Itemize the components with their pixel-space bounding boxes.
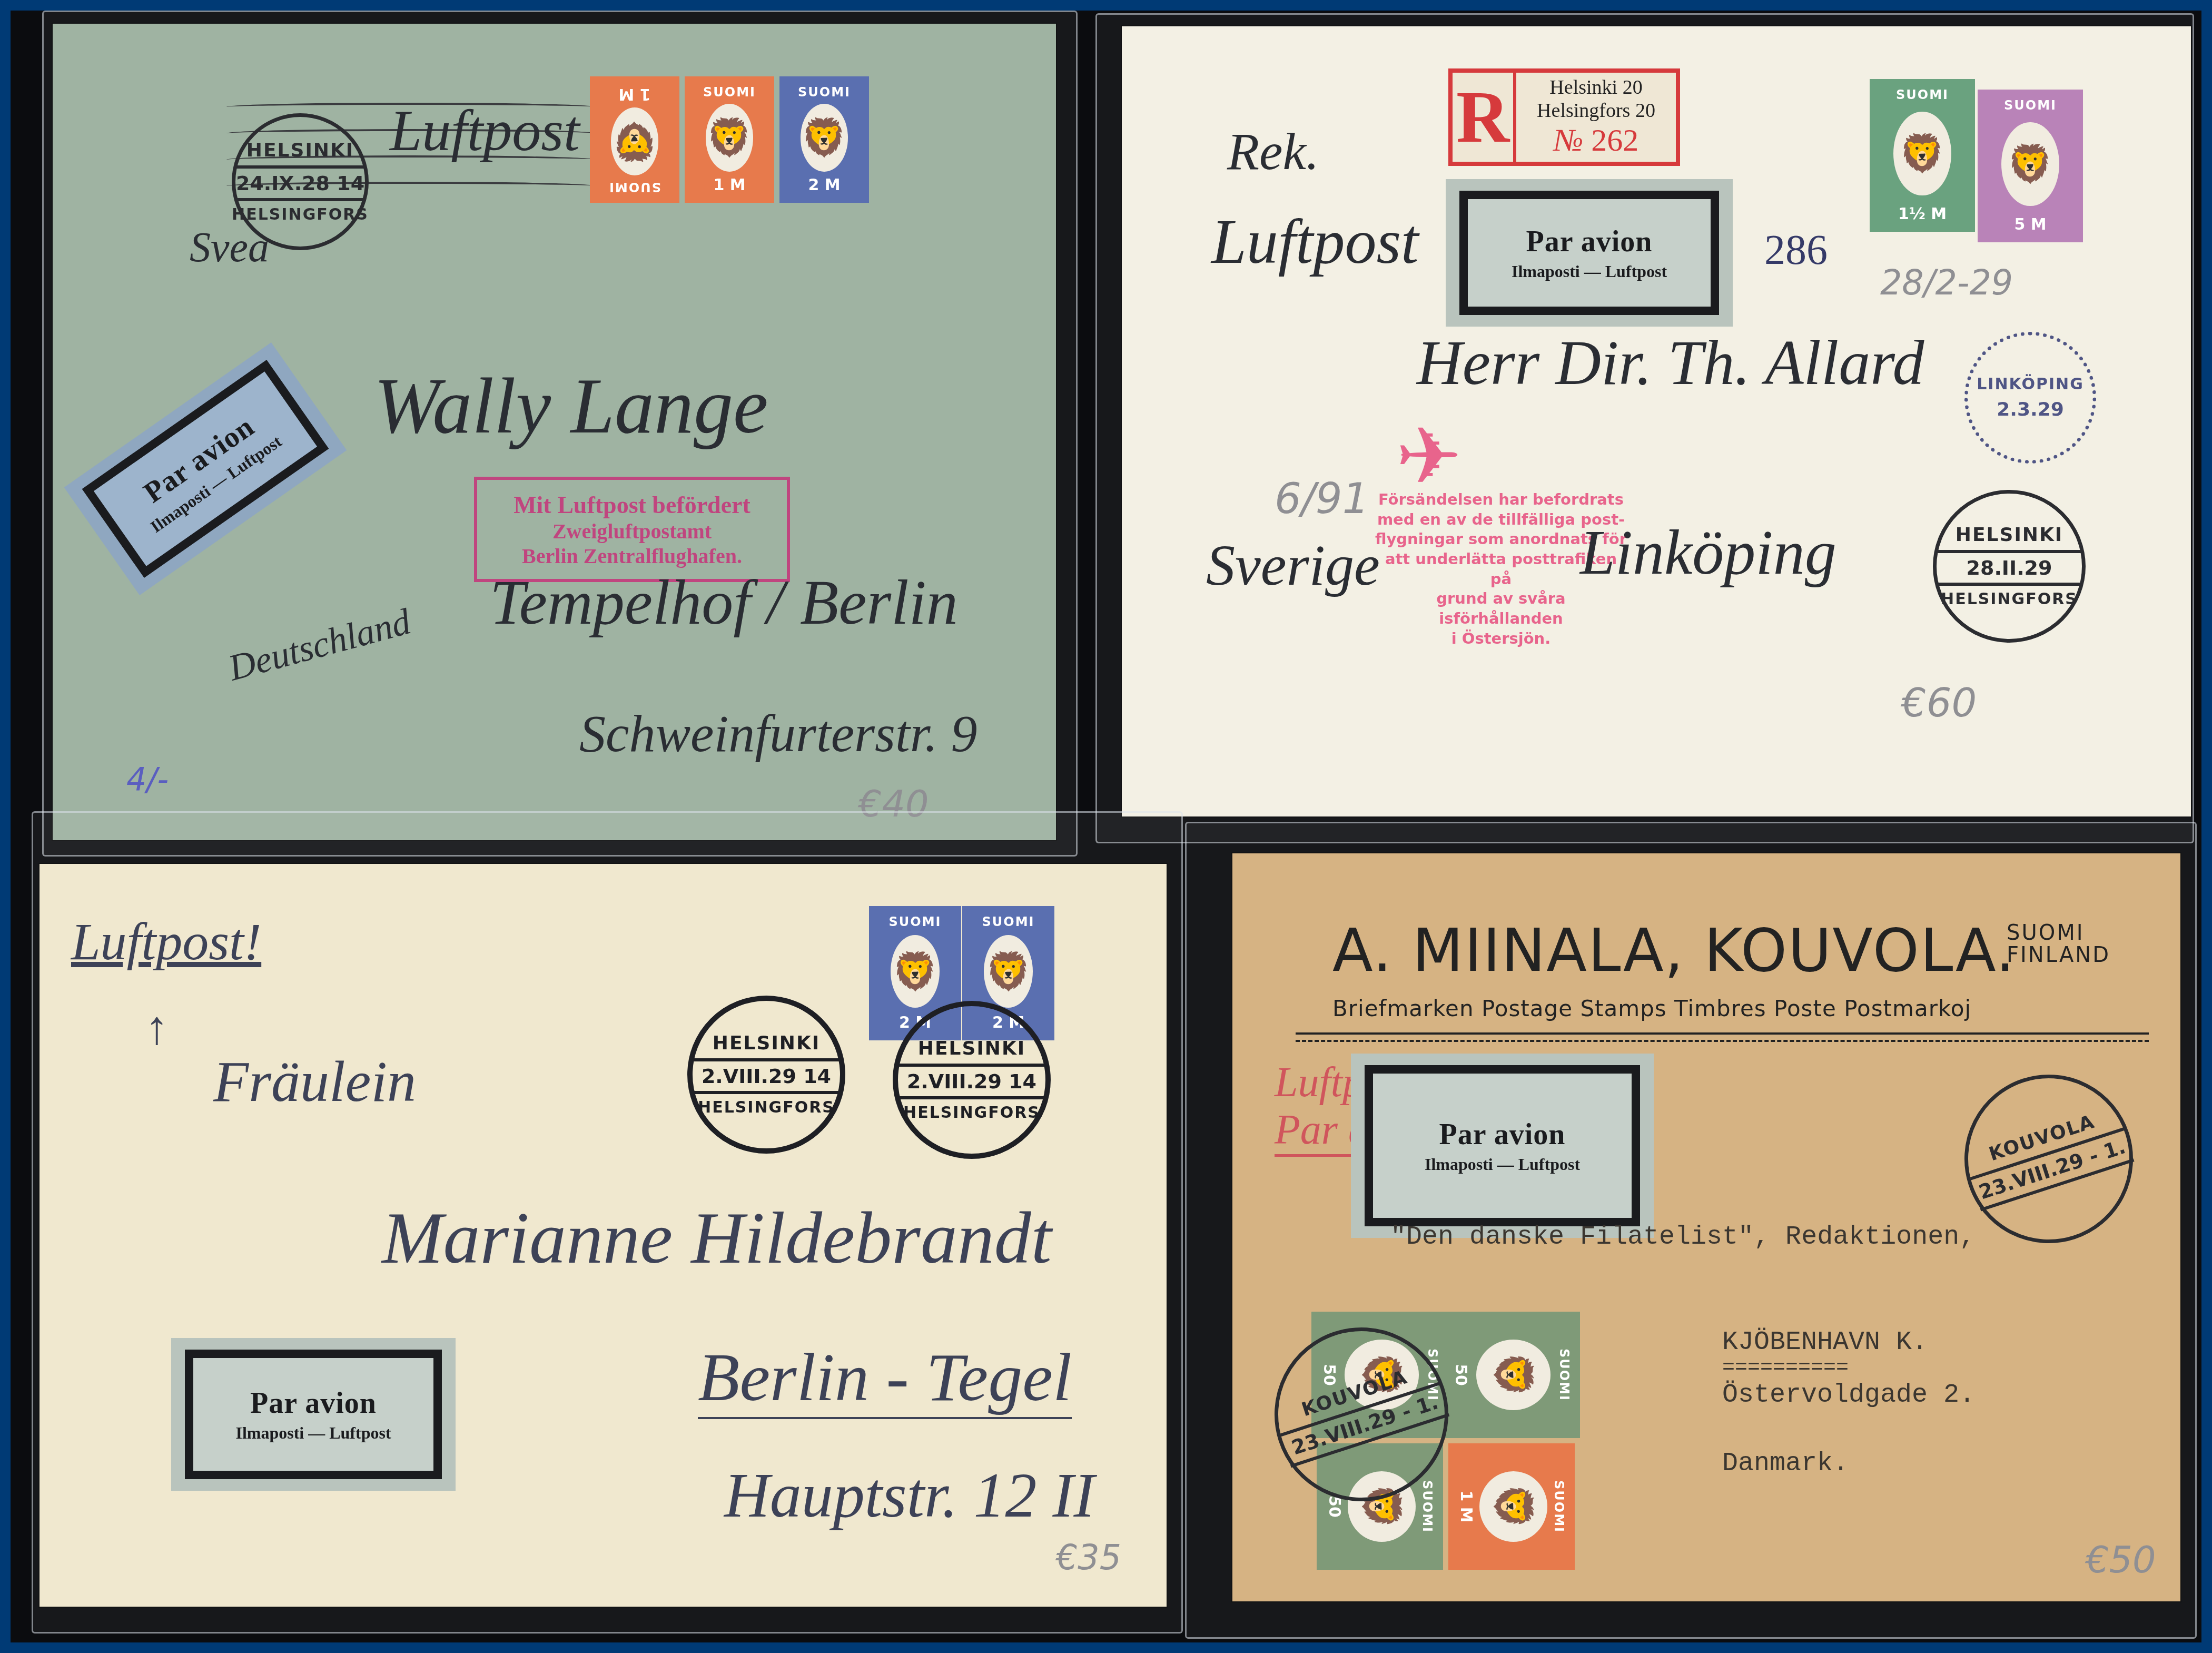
stamp-50p-green: SUOMI 🦁 50	[1443, 1312, 1580, 1438]
typed-addressee: "Den danske Filatelist", Redaktionen,	[1390, 1222, 1975, 1252]
stamp-1m-orange: SUOMI 🦁 1 M	[685, 76, 774, 203]
cover-4[interactable]: A. MIINALA, KOUVOLA. SUOMI FINLAND Brief…	[1232, 853, 2180, 1601]
pencil-date: 28/2-29	[1880, 263, 2013, 303]
pencil-mark: 4/-	[126, 761, 169, 798]
address-city: Tempelhof / Berlin	[490, 566, 958, 639]
price-pencil: €35	[1056, 1538, 1121, 1578]
par-avion-label: Par avion Ilmaposti — Luftpost	[1446, 179, 1733, 327]
cover-3[interactable]: Luftpost! ↑ Fräulein HELSINKI 2.VIII.29 …	[39, 864, 1167, 1607]
typed-country: Danmark.	[1722, 1449, 1849, 1479]
lion-crest-icon: 🦁	[611, 107, 659, 175]
typed-underline: ==========	[1722, 1356, 1849, 1380]
lion-crest-icon: 🦁	[2001, 122, 2059, 206]
stockcard: HELSINKI 24.IX.28 14 HELSINGFORS Luftpos…	[11, 11, 2201, 1642]
lion-crest-icon: 🦁	[1479, 1471, 1547, 1542]
address-salutation: Fräulein	[213, 1048, 416, 1115]
cover-1[interactable]: HELSINKI 24.IX.28 14 HELSINGFORS Luftpos…	[53, 24, 1056, 840]
registration-number: 262	[1591, 123, 1638, 158]
stamp-5m-purple: SUOMI 🦁 5 M	[1978, 90, 2083, 242]
typed-city: KJÖBENHAVN K.	[1722, 1327, 1928, 1357]
address-city: Berlin - Tegel	[698, 1338, 1072, 1419]
price-pencil: €60	[1901, 680, 1977, 726]
lion-crest-icon: 🦁	[706, 104, 754, 172]
postmark-linkoping: LINKÖPING 2.3.29	[1964, 332, 2096, 464]
handwritten-rek: Rek.	[1227, 121, 1319, 182]
postmark-helsinki: HELSINKI 2.VIII.29 14 HELSINGFORS	[893, 1001, 1051, 1159]
letterhead-name: A. MIINALA, KOUVOLA.	[1332, 917, 2016, 985]
handwritten-luftpost: Luftpost	[390, 97, 580, 164]
pencil-note: 6/91	[1275, 474, 1369, 523]
handwritten-arrow: ↑	[145, 1001, 169, 1055]
address-country: Sverige	[1206, 532, 1380, 599]
letterhead-tagline: Briefmarken Postage Stamps Timbres Poste…	[1332, 996, 1971, 1021]
handwritten-luftpost: Luftpost	[1211, 205, 1418, 278]
lion-crest-icon: 🦁	[984, 935, 1033, 1008]
address-country: Deutschland	[224, 601, 415, 690]
address-name: Herr Dir. Th. Allard	[1417, 327, 1924, 399]
registration-letter: R	[1453, 73, 1516, 162]
par-avion-label: Par avion Ilmaposti — Luftpost	[64, 342, 347, 595]
stamp-1m-orange: SUOMI 🦁 1 M	[590, 76, 679, 203]
letterhead-country: SUOMI FINLAND	[2007, 922, 2110, 966]
stamp-1m-orange: SUOMI 🦁 1 M	[1448, 1443, 1575, 1570]
par-avion-label: Par avion Ilmaposti — Luftpost	[1351, 1054, 1654, 1238]
address-name: Marianne Hildebrandt	[382, 1196, 1052, 1281]
typed-street: Östervoldgade 2.	[1722, 1380, 1975, 1410]
stamp-1-5m-green: SUOMI 🦁 1½ M	[1870, 79, 1975, 232]
par-avion-label: Par avion Ilmaposti — Luftpost	[171, 1338, 456, 1491]
registration-label: R Helsinki 20 Helsingfors 20 № 262	[1448, 68, 1680, 166]
lion-crest-icon: 🦁	[891, 935, 940, 1008]
lion-crest-icon: 🦁	[1476, 1340, 1551, 1410]
address-city: Linköping	[1580, 516, 1836, 589]
handwritten-luftpost: Luftpost!	[71, 911, 261, 972]
cover-2[interactable]: R Helsinki 20 Helsingfors 20 № 262 Rek. …	[1122, 26, 2191, 816]
address-name: Wally Lange	[374, 361, 768, 451]
lion-crest-icon: 🦁	[1893, 112, 1951, 196]
address-street: Hauptstr. 12 II	[724, 1459, 1094, 1532]
postmark-helsinki: HELSINKI 28.II.29 HELSINGFORS	[1933, 490, 2086, 643]
price-pencil: €50	[2086, 1538, 2156, 1581]
reg-number-stamp: 286	[1764, 227, 1828, 274]
lion-crest-icon: 🦁	[801, 104, 848, 172]
letterhead-rule	[1296, 1032, 2149, 1042]
stamp-2m-blue: SUOMI 🦁 2 M	[779, 76, 869, 203]
postmark-helsinki: HELSINKI 2.VIII.29 14 HELSINGFORS	[687, 996, 845, 1154]
airplane-icon: ✈	[1396, 411, 1462, 503]
handwritten-sender-note: Svea	[190, 224, 269, 272]
address-street: Schweinfurterstr. 9	[579, 703, 977, 764]
